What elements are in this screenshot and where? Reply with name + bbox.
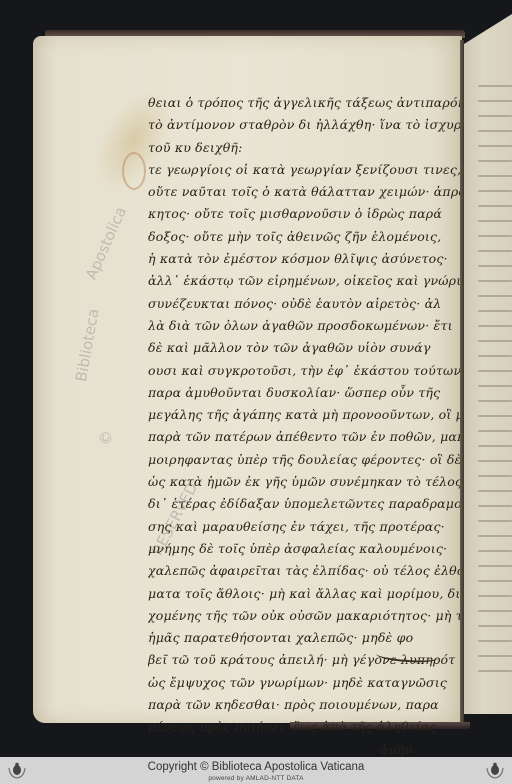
vatican-emblem-icon <box>484 760 506 780</box>
copyright-text: Copyright © Biblioteca Apostolica Vatica… <box>0 757 512 774</box>
text-line: ἡ κατὰ τὸν ἐμέστον κόσμον θλῖψις ἀσύνετο… <box>148 248 460 270</box>
text-line: κητος· οὔτε τοῖς μισθαρνοῦσιν ὁ ἱδρὼς πα… <box>148 203 460 225</box>
text-line: οὔτε ναῦται τοῖς ὁ κατὰ θάλατταν χειμών·… <box>148 181 460 203</box>
text-line: τε γεωργίοις οἱ κατὰ γεωργίαν ξενίζουσι … <box>148 159 460 181</box>
text-line: μένεως πρὸς ποιήσει· ἕως ἀπὸ τῆς ἀληθεία… <box>148 716 460 738</box>
text-line: χαλεπῶς ἀφαιρεῖται τὰς ἐλπίδας· οὐ τέλος… <box>148 560 460 582</box>
text-line: ὡς κατὰ ἡμῶν ἐκ γῆς ὑμῶν συνέμηκαν τὸ τέ… <box>148 471 460 493</box>
text-line: θειαι ὁ τρόπος τῆς ἀγγελικῆς τάξεως ἀντι… <box>148 92 460 114</box>
text-line: τὸ ἀντίμονον σταθρὸν δι ἠλλάχθη· ἵνα τὸ … <box>148 114 460 136</box>
text-line: ἀλλ᾽ ἑκάστῳ τῶν εἰρημένων, οἰκεῖος καὶ γ… <box>148 270 460 292</box>
text-line: ἡμᾶς παρατεθήσονται χαλεπῶς· μηδὲ φο <box>148 627 460 649</box>
text-line: χομένης τῆς τῶν οὐκ οὐσῶν μακαριότητος· … <box>148 605 460 627</box>
text-line: μοιρηφαντας ὑπὲρ τῆς δουλείας φέροντες· … <box>148 449 460 471</box>
text-line: λὰ διὰ τῶν ὁλων ἀγαθῶν προσδοκωμένων· ἔτ… <box>148 315 460 337</box>
text-line: ματα τοῖς ἄθλοις· μὴ καὶ ἄλλας καὶ μορίμ… <box>148 583 460 605</box>
copyright-footer: Copyright © Biblioteca Apostolica Vatica… <box>0 757 512 784</box>
text-line: δοξος· οὔτε μὴν τοῖς ἀθεινῶς ζῆν ἑλομένο… <box>148 226 460 248</box>
text-line: μνήμης δὲ τοῖς ὑπὲρ ἀσφαλείας καλουμένοι… <box>148 538 460 560</box>
text-line: ουσι καὶ συγκροτοῦσι, τὴν ἐφ᾽ ἑκάστου το… <box>148 360 460 382</box>
text-line: δὲ καὶ μᾶλλον τὸν τῶν ἀγαθῶν υἱὸν συνάγ <box>148 337 460 359</box>
text-line: παρα ἀμυθοῦνται δυσκολίαν· ὥσπερ οὖν τῆς <box>148 382 460 404</box>
manuscript-viewer: RESERVED © Biblioteca Apostolica θειαι ὁ… <box>0 0 512 757</box>
text-line: ὡς ἔμψυχος τῶν γνωρίμων· μηδὲ καταγνῶσις <box>148 672 460 694</box>
facing-page-text <box>478 85 512 685</box>
text-line: παρὰ τῶν κηδεσθαι· πρὸς ποιουμένων, παρα <box>148 694 460 716</box>
text-line: συνέζευκται πόνος· οὐδὲ ἑαυτὸν αἱρετὸς· … <box>148 293 460 315</box>
book-gutter <box>460 40 464 724</box>
foliation-mark <box>122 152 146 190</box>
text-line: τοῦ κυ δειχθῆ: <box>148 137 460 159</box>
text-line: μεγάλης τῆς ἀγάπης κατὰ μὴ προνοοῦντων, … <box>148 404 460 426</box>
vatican-emblem-icon <box>6 760 28 780</box>
text-line: σης καὶ μαραυθείσης ἐν τάχει, τῆς προτέρ… <box>148 516 460 538</box>
text-line: παρὰ τῶν πατέρων ἀπέθεντο τῶν ἐν ποθῶν, … <box>148 426 460 448</box>
text-line: δι᾽ ἑτέρας ἐδίδαξαν ὑπομελετῶντες παραδρ… <box>148 493 460 515</box>
powered-by-text: powered by AMLAD-NTT DATA <box>0 774 512 783</box>
